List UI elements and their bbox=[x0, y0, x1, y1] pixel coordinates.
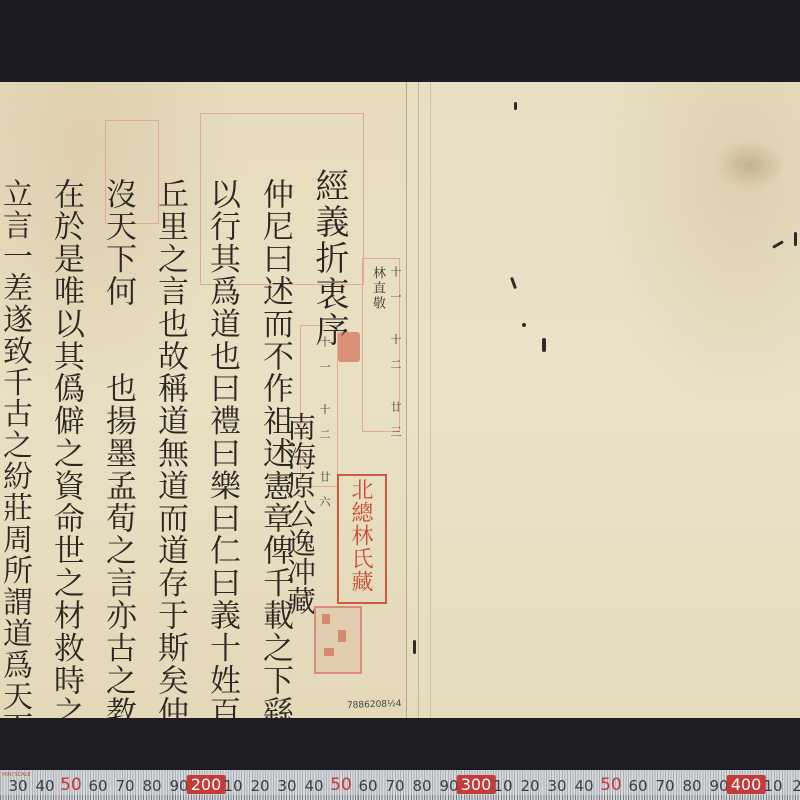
seal-mark bbox=[338, 630, 346, 642]
ink-speck bbox=[514, 102, 517, 110]
stain bbox=[715, 140, 785, 190]
ruler-label: 60 bbox=[358, 777, 377, 795]
scan-background-bottom bbox=[0, 718, 800, 768]
catalog-number: 7886208½4 bbox=[347, 699, 402, 711]
ruler-label: 300 bbox=[457, 775, 496, 794]
text-column-2: 以行其爲道也曰禮曰樂曰仁曰義十姓百名 bbox=[204, 178, 240, 761]
annotation-name: 林直敬 bbox=[370, 266, 384, 311]
author-line: 南海原公逸冲藏 bbox=[283, 412, 317, 615]
ruler-label: 40 bbox=[35, 777, 54, 795]
ruler-label: 2 bbox=[792, 777, 800, 795]
ruler-label: 400 bbox=[727, 775, 766, 794]
page-fold-line bbox=[406, 82, 407, 720]
ruler-label: 20 bbox=[250, 777, 269, 795]
small-red-seal bbox=[338, 332, 360, 362]
ruler-label: 40 bbox=[574, 777, 593, 795]
seal-mark bbox=[324, 648, 334, 656]
scan-background-top bbox=[0, 0, 800, 84]
ruler-label: 90 bbox=[439, 777, 458, 795]
ink-speck bbox=[522, 323, 526, 327]
measurement-ruler: MINI SCALE 30405060708090200102030405060… bbox=[0, 770, 800, 800]
ruler-label: 30 bbox=[8, 777, 27, 795]
text-column-6: 立言一差遂致千古之紛莊周所謂道爲天下 bbox=[0, 178, 32, 743]
ruler-label: 80 bbox=[142, 777, 161, 795]
ink-speck bbox=[413, 640, 416, 654]
ruler-label: 30 bbox=[277, 777, 296, 795]
ink-speck bbox=[542, 338, 546, 352]
seal-mark bbox=[322, 614, 330, 624]
text-column-5: 在於是唯以其僞僻之資命世之材救時之急 bbox=[48, 178, 84, 761]
ruler-label: 10 bbox=[493, 777, 512, 795]
document-title: 經義折衷序 bbox=[311, 168, 347, 348]
ruler-label: 20 bbox=[520, 777, 539, 795]
text-column-3: 丘里之言也故稱道無道而道存于斯矣仲尼 bbox=[152, 178, 188, 761]
ruler-label: 80 bbox=[412, 777, 431, 795]
ink-speck bbox=[794, 232, 797, 246]
ruler-label: 40 bbox=[304, 777, 323, 795]
ruler-label: 70 bbox=[385, 777, 404, 795]
ruler-label: 60 bbox=[88, 777, 107, 795]
ruler-label: 10 bbox=[223, 777, 242, 795]
ruler-label: 50 bbox=[600, 775, 622, 795]
ruler-label: 80 bbox=[682, 777, 701, 795]
ruler-ticks bbox=[0, 795, 800, 800]
page-fold-line bbox=[418, 82, 419, 720]
collector-seal-text: 北總林氏藏 bbox=[343, 478, 377, 593]
ruler-label: 30 bbox=[547, 777, 566, 795]
ruler-label: 50 bbox=[60, 775, 82, 795]
annotation-center: 十一 十二 廿六 bbox=[318, 336, 330, 521]
annotation-right: 十一 十二 廿三 bbox=[389, 266, 401, 451]
ruler-label: 90 bbox=[709, 777, 728, 795]
page-fold-line bbox=[430, 82, 431, 720]
ruler-label: 70 bbox=[655, 777, 674, 795]
ruler-label: 10 bbox=[763, 777, 782, 795]
ruler-label: 70 bbox=[115, 777, 134, 795]
ruler-label: 60 bbox=[628, 777, 647, 795]
text-column-4: 沒天下何𡛸𡛸也揚墨孟荀之言亦古之教有 bbox=[100, 178, 136, 761]
ruler-label: 50 bbox=[330, 775, 352, 795]
ruler-label: 90 bbox=[169, 777, 188, 795]
ruler-label: 200 bbox=[187, 775, 226, 794]
